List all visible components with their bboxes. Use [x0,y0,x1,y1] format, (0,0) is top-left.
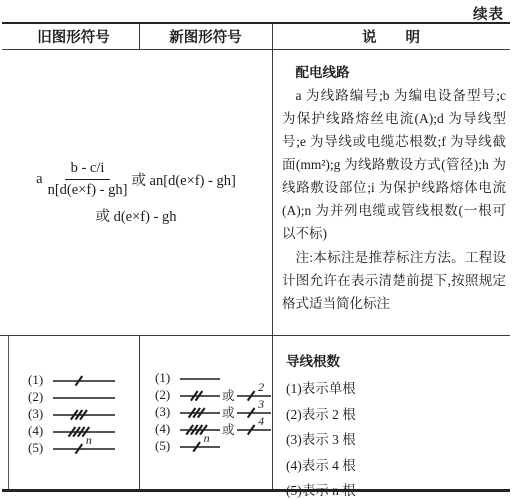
symbol-label: (1) [155,370,179,386]
wire-count-heading: 导线根数 [286,349,506,374]
continued-table-label: 续表 [473,3,504,24]
svg-text:n: n [86,435,92,447]
symbol-label: (5) [155,438,179,454]
wire-count-item-3: (3)表示 3 根 [286,427,506,453]
or-text: 或 [222,386,235,404]
formula-denominator: n[d(e×f) - gh] [46,180,130,199]
cell-distribution-line-description: 配电线路 a 为线路编号;b 为编电设备型号;c 为保护线路熔丝电流(A);d … [273,50,510,335]
or-text: 或 [222,403,235,421]
symbol-label: (2) [155,387,179,403]
svg-text:n: n [204,433,210,445]
symbol-label: (4) [155,421,179,437]
wire-line-icon: n [179,436,221,455]
wire-line-icon: n [52,438,116,457]
svg-text:2: 2 [258,382,264,394]
cell-new-wire-symbols: (1) (2) 或 2 (3) 或 3 (4) 或 4 (5) n [140,336,272,489]
description-paragraph: a 为线路编号;b 为编电设备型号;c 为保护线路熔丝电流(A);d 为导线型号… [282,84,506,245]
svg-text:4: 4 [258,416,264,428]
formula-alternative-2: 或 d(e×f) - gh [95,205,176,226]
wire-line-alt-icon: 4 [236,419,272,438]
symbol-label: (3) [155,404,179,420]
header-new-symbol: 新图形符号 [139,24,272,49]
cell-annotation-formula: a b - c/i n[d(e×f) - gh] 或 an[d(e×f) - g… [0,50,272,335]
symbol-label: (1) [28,372,52,388]
symbol-label: (5) [28,440,52,456]
wire-count-item-1: (1)表示单根 [286,376,506,402]
old-symbol-row-5: (5) n [28,439,139,456]
wire-count-item-5: (5)表示 n 根 [286,478,506,500]
new-symbol-row-5: (5) n [155,437,272,454]
formula-fraction: b - c/i n[d(e×f) - gh] [46,159,130,198]
symbol-label: (3) [28,406,52,422]
svg-text:3: 3 [257,399,264,411]
description-heading: 配电线路 [282,61,506,84]
wire-count-item-4: (4)表示 4 根 [286,453,506,479]
cell-old-wire-symbols: (1) (2) (3) (4) (5) n [9,336,139,489]
symbol-label: (4) [28,423,52,439]
formula-alternative-1: 或 an[d(e×f) - gh] [131,169,235,190]
wire-count-item-2: (2)表示 2 根 [286,402,506,428]
cell-wire-count-description: 导线根数 (1)表示单根 (2)表示 2 根 (3)表示 3 根 (4)表示 4… [273,336,510,489]
formula-line-1: a b - c/i n[d(e×f) - gh] 或 an[d(e×f) - g… [36,159,236,198]
scanned-table-page: 续表 旧图形符号 新图形符号 说 明 a b - c/i n[d(e×f) - … [0,0,512,500]
formula-prefix: a [36,171,42,188]
note-paragraph: 注:本标注是推荐标注方法。工程设计图允许在表示清楚前提下,按照规定格式适当简化标… [282,246,506,315]
symbol-label: (2) [28,389,52,405]
header-description: 说 明 [272,24,510,49]
or-text: 或 [222,420,235,438]
formula-numerator: b - c/i [65,159,111,179]
header-old-symbol: 旧图形符号 [8,24,139,49]
